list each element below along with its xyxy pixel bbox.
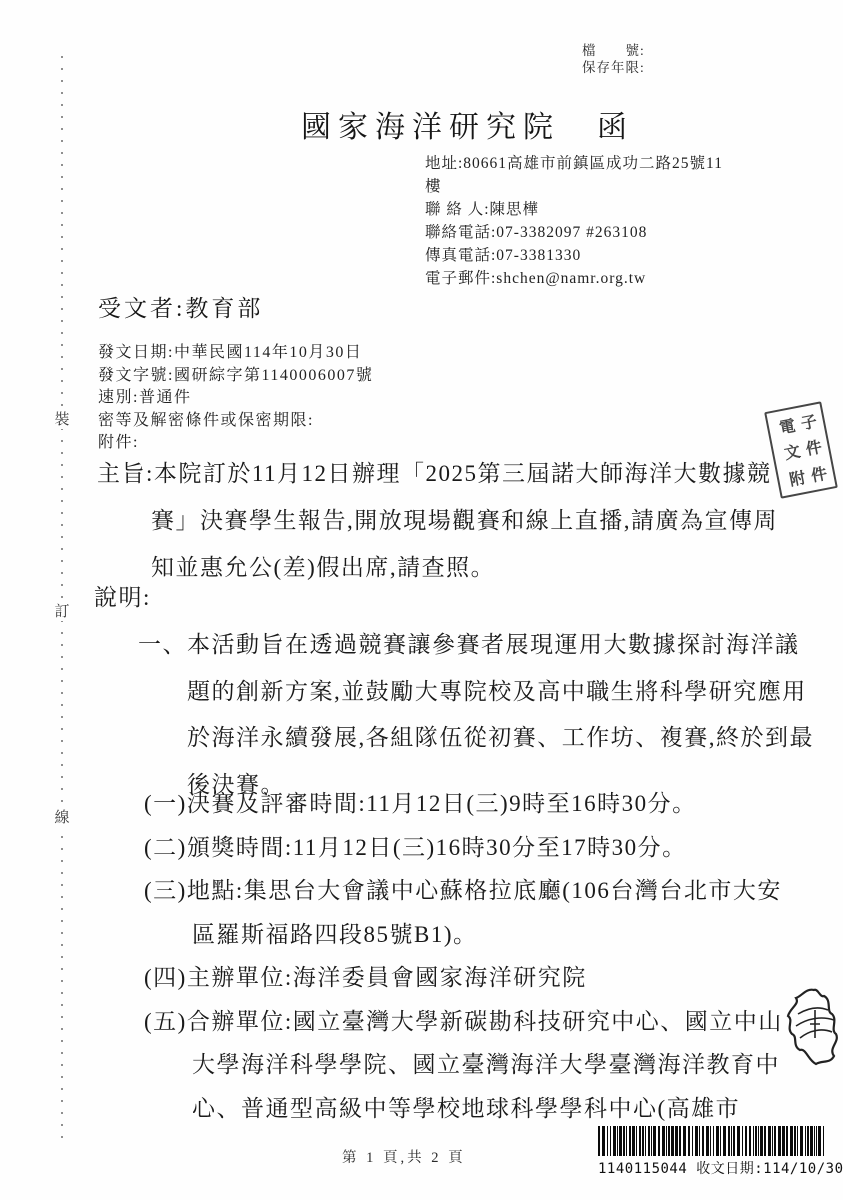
binding-char-ding: 訂: [50, 600, 74, 621]
barcode-icon: [598, 1126, 840, 1156]
sub-item-2: (二)頒獎時間:11月12日(三)16時30分至17時30分。: [144, 826, 784, 870]
file-number-label: 檔 號:: [582, 42, 645, 59]
sub-item-3-text: 地點:集思台大會議中心蘇格拉底廳(106台灣台北市大安區羅斯福路四段85號B1)…: [187, 878, 782, 947]
explanation-item-1: 一、本活動旨在透過競賽讓參賽者展現運用大數據探討海洋議題的創新方案,並鼓勵大專院…: [138, 622, 819, 808]
sub-item-4: (四)主辦單位:海洋委員會國家海洋研究院: [144, 956, 784, 1000]
sub-item-2-label: (二): [144, 835, 187, 860]
sub-item-1-text: 決賽及評審時間:11月12日(三)9時至16時30分。: [187, 791, 697, 816]
sub-item-3: (三)地點:集思台大會議中心蘇格拉底廳(106台灣台北市大安區羅斯福路四段85號…: [144, 869, 784, 956]
sub-item-2-text: 頒獎時間:11月12日(三)16時30分至17時30分。: [187, 835, 687, 860]
sender-address-line2: 樓: [425, 175, 723, 198]
document-page: 裝 訂 線 檔 號: 保存年限: 國家海洋研究院 函 地址:80661高雄市前鎮…: [0, 0, 843, 1200]
sender-address-line1: 地址:80661高雄市前鎮區成功二路25號11: [425, 152, 723, 175]
page-number: 第 1 頁,共 2 頁: [342, 1146, 466, 1167]
binding-char-xian: 線: [50, 806, 74, 827]
sub-item-5: (五)合辦單位:國立臺灣大學新碳勘科技研究中心、國立中山大學海洋科學學院、國立臺…: [144, 1000, 784, 1131]
sender-phone: 聯絡電話:07-3382097 #263108: [425, 221, 723, 244]
sender-contact-block: 地址:80661高雄市前鎮區成功二路25號11 樓 聯 絡 人:陳思樺 聯絡電話…: [425, 152, 723, 290]
sub-item-3-label: (三): [144, 878, 187, 903]
security-class: 密等及解密條件或保密期限:: [98, 410, 373, 433]
sub-item-1: (一)決賽及評審時間:11月12日(三)9時至16時30分。: [144, 782, 784, 826]
explanation-sub-items: (一)決賽及評審時間:11月12日(三)9時至16時30分。 (二)頒獎時間:1…: [144, 782, 784, 1130]
item-1-label: 一、: [138, 632, 187, 657]
handwritten-mark: [784, 986, 843, 1070]
document-meta-block: 發文日期:中華民國114年10月30日 發文字號:國研綜字第1140006007…: [98, 342, 373, 455]
subject-text: 本院訂於11月12日辦理「2025第三屆諾大師海洋大數據競賽」決賽學生報告,開放…: [151, 461, 778, 580]
speed-class: 速別:普通件: [98, 387, 373, 410]
sub-item-4-text: 主辦單位:海洋委員會國家海洋研究院: [187, 965, 587, 990]
retention-label: 保存年限:: [582, 59, 645, 76]
sub-item-1-label: (一): [144, 791, 187, 816]
recipient-line: 受文者:教育部: [98, 290, 263, 323]
stamp-line-3: 附件: [781, 460, 834, 492]
sender-contact-person: 聯 絡 人:陳思樺: [425, 198, 723, 221]
document-title: 國家海洋研究院 函: [46, 102, 843, 146]
sender-fax: 傳真電話:07-3381330: [425, 244, 723, 267]
item-1-text: 本活動旨在透過競賽讓參賽者展現運用大數據探討海洋議題的創新方案,並鼓勵大專院校及…: [187, 632, 814, 797]
sender-email: 電子郵件:shchen@namr.org.tw: [425, 267, 723, 290]
barcode-block: 1140115044 收文日期:114/10/30: [598, 1126, 840, 1178]
binding-char-zhuang: 裝: [50, 408, 74, 429]
sub-item-5-label: (五): [144, 1009, 187, 1034]
explanation-label: 說明:: [94, 584, 151, 612]
barcode-caption: 1140115044 收文日期:114/10/30: [598, 1158, 840, 1178]
issue-date: 發文日期:中華民國114年10月30日: [98, 342, 373, 365]
sub-item-4-label: (四): [144, 965, 187, 990]
sub-item-5-text: 合辦單位:國立臺灣大學新碳勘科技研究中心、國立中山大學海洋科學學院、國立臺灣海洋…: [187, 1009, 783, 1121]
issue-number: 發文字號:國研綜字第1140006007號: [98, 365, 373, 388]
subject-label: 主旨:: [97, 461, 154, 486]
subject-paragraph: 主旨:本院訂於11月12日辦理「2025第三屆諾大師海洋大數據競賽」決賽學生報告…: [97, 450, 791, 591]
file-number-block: 檔 號: 保存年限:: [582, 42, 645, 76]
